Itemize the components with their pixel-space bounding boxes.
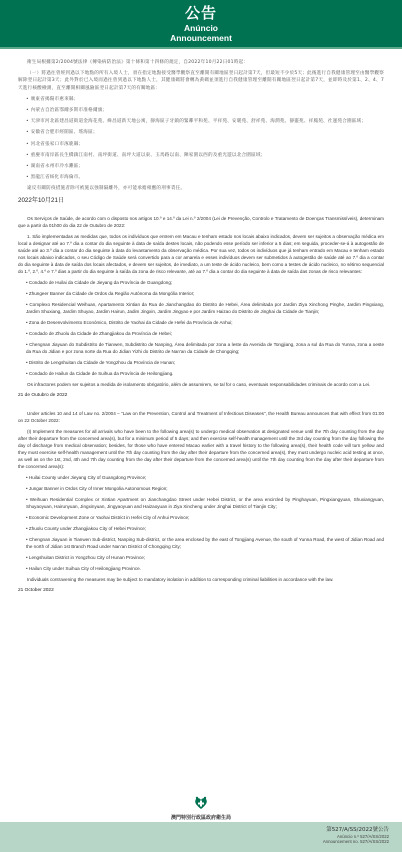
- title-pt: Anúncio: [0, 23, 402, 33]
- announcement-number-zh: 第527/A/SS/2022號公告: [0, 827, 389, 834]
- section-english: Under articles 10 and 14 of Law no. 2/20…: [18, 410, 384, 595]
- announcement-body: 衛生局根據第2/2004號法律《傳染病防治法》第十條和第十四條的規定，自2022…: [18, 59, 384, 605]
- pt-bullet: • Zhungeer Banner da Cidade de Ordos da …: [18, 290, 384, 297]
- zh-bullet: • 重慶市南岸區長生橋鎮江南村、南坪街道、南坪大道以東、玉馬路以南、陳家園以西的…: [18, 152, 384, 159]
- title-zh: 公告: [0, 0, 402, 21]
- pt-bullet-text: Condado de Hailun da Cidade de Suihua da…: [29, 371, 174, 376]
- section-portuguese: Os Serviços de Saúde, de acordo com o di…: [18, 215, 384, 400]
- en-bullet-text: Lengshuitan District in Yongzhou City of…: [29, 555, 145, 560]
- zh-bullet: • 內蒙古自治區鄂爾多斯市准格爾旗；: [18, 107, 384, 114]
- pt-closing: Os infractores podem ser sujeitos a medi…: [18, 381, 384, 388]
- zh-bullet: • 黑龍江省綏化市海倫市。: [18, 174, 384, 181]
- zh-bullet-text: 湖南省永州市冷水灘區；: [31, 164, 84, 169]
- pt-bullet: • Condado de Huilai da Cidade de Jieyang…: [18, 279, 384, 286]
- en-bullet: • Economic Development Zone or Yaohai Di…: [18, 514, 384, 521]
- pt-bullet-text: Zhungeer Banner da Cidade de Ordos da Re…: [29, 291, 194, 296]
- zh-date: 2022年10月21日: [18, 197, 384, 205]
- en-bullet: • Lengshuitan District in Yongzhou City …: [18, 554, 384, 561]
- pt-bullet: • Zona de Desenvolvimento Económico, Dis…: [18, 319, 384, 326]
- pt-bullet-text: Condado de Zhuolu da Cidade de Zhangjiak…: [29, 331, 172, 336]
- pt-bullet-text: Complexo Residencial Weihuan, Apartament…: [26, 302, 384, 314]
- pt-intro: Os Serviços de Saúde, de acordo com o di…: [18, 215, 384, 229]
- pt-bullet: • Chengnan Jiayuan do Subdistrito de Tia…: [18, 341, 384, 355]
- zh-bullet-text: 廣東省揭陽市惠來縣；: [31, 97, 79, 102]
- pt-bullet: • Distrito de Lengshuitan da Cidade de Y…: [18, 359, 384, 366]
- en-bullet-text: Weihuan Residential Complex or Xintian A…: [26, 497, 384, 509]
- zh-bullet-text: 重慶市南岸區長生橋鎮江南村、南坪街道、南坪大道以東、玉馬路以南、陳家園以西的及重…: [31, 153, 266, 158]
- pt-bullet: • Complexo Residencial Weihuan, Apartame…: [18, 301, 384, 315]
- pt-bullet-text: Chengnan Jiayuan do Subdistrito de Tianw…: [26, 342, 384, 354]
- announcement-header: 公告 Anúncio Announcement: [0, 0, 402, 49]
- en-intro: Under articles 10 and 14 of Law no. 2/20…: [18, 410, 384, 424]
- pt-date: 21 de Outubro de 2022: [18, 392, 384, 400]
- en-bullet: • Jungar Banner in Ordos City of Inner M…: [18, 485, 384, 492]
- pt-bullet-text: Distrito de Lengshuitan da Cidade de Yon…: [29, 360, 175, 365]
- en-bullet-text: Huilai County under Jieyang City of Guan…: [29, 475, 146, 480]
- en-bullet: • Chengnan Jiayuan in Tianwen Sub-distri…: [18, 536, 384, 550]
- title-en: Announcement: [0, 33, 402, 43]
- en-bullet-text: Zhuolu County under Zhangjiakou City of …: [29, 526, 146, 531]
- zh-bullet-text: 內蒙古自治區鄂爾多斯市准格爾旗；: [31, 108, 108, 113]
- en-bullet: • Weihuan Residential Complex or Xintian…: [18, 496, 384, 510]
- pt-bullet: • Condado de Zhuolu da Cidade de Zhangji…: [18, 330, 384, 337]
- zh-bullet: • 河北省張家口市涿鹿縣；: [18, 141, 384, 148]
- zh-bullet-text: 安徽省合肥市經開區、瑤海區；: [31, 130, 98, 135]
- zh-intro: 衛生局根據第2/2004號法律《傳染病防治法》第十條和第十四條的規定，自2022…: [18, 59, 384, 66]
- en-bullet: • Hailun City under Suihua City of Heilo…: [18, 565, 384, 572]
- en-bullet-text: Economic Development Zone or Yaohai Dist…: [29, 515, 189, 520]
- en-closing: Individuals contravening the measures ma…: [18, 576, 384, 583]
- en-paragraph-1: (I) Implement the measures for all arriv…: [18, 428, 384, 470]
- zh-bullet: • 廣東省揭陽市惠來縣；: [18, 96, 384, 103]
- en-bullet: • Huilai County under Jieyang City of Gu…: [18, 474, 384, 481]
- zh-paragraph-1: （一）將過往曾經到過以下地點的所有入境人士，須在指定地點接受醫學觀察直至離開有關…: [18, 70, 384, 92]
- zh-bullet-text: 天津市河北區建昌道街道金海花苑、緯昌道新天地公寓，靜海區子牙鎮的緊鄰平和苑、平祥…: [31, 119, 367, 124]
- announcement-number-en: Announcement no. 527/A/SS/2022: [0, 839, 389, 844]
- zh-bullet: • 天津市河北區建昌道街道金海花苑、緯昌道新天地公寓，靜海區子牙鎮的緊鄰平和苑、…: [18, 118, 384, 125]
- zh-closing: 違反有關防疫措施者除可被施以強制隔離外，亦可能承擔相應的刑事責任。: [18, 185, 384, 192]
- zh-bullet: • 安徽省合肥市經開區、瑤海區；: [18, 129, 384, 136]
- pt-bullet: • Condado de Hailun da Cidade de Suihua …: [18, 370, 384, 377]
- en-bullet: • Zhuolu County under Zhangjiakou City o…: [18, 525, 384, 532]
- announcement-footer: 第527/A/SS/2022號公告 Anúncio n.º 527/A/SS/2…: [0, 822, 402, 852]
- pt-bullet-text: Condado de Huilai da Cidade de Jieyang d…: [29, 280, 172, 285]
- en-bullet-text: Hailun City under Suihua City of Heilong…: [29, 566, 141, 571]
- health-bureau-logo-icon: [194, 796, 208, 810]
- zh-bullet-text: 黑龍江省綏化市海倫市。: [31, 175, 84, 180]
- section-chinese: 衛生局根據第2/2004號法律《傳染病防治法》第十條和第十四條的規定，自2022…: [18, 59, 384, 205]
- en-bullet-text: Jungar Banner in Ordos City of Inner Mon…: [29, 486, 168, 491]
- zh-bullet: • 湖南省永州市冷水灘區；: [18, 163, 384, 170]
- zh-bullet-text: 河北省張家口市涿鹿縣；: [31, 142, 84, 147]
- pt-paragraph-1: 1. São implementadas as medidas que, tod…: [18, 233, 384, 275]
- en-date: 21 October 2022: [18, 587, 384, 595]
- en-bullet-text: Chengnan Jiayuan in Tianwen Sub-district…: [26, 537, 384, 549]
- pt-bullet-text: Zona de Desenvolvimento Económico, Distr…: [29, 320, 233, 325]
